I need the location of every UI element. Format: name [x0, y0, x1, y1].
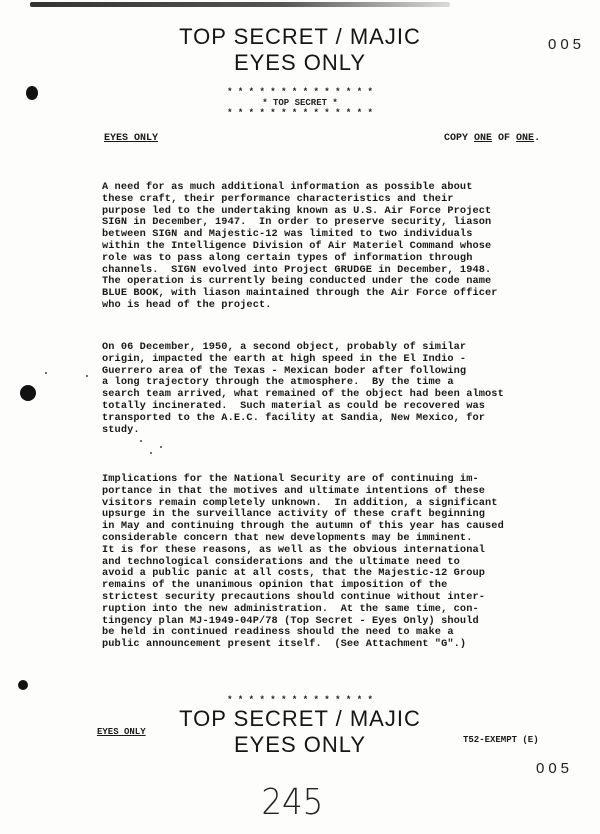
paragraph-3: Implications for the National Security a… — [102, 474, 572, 651]
copy-prefix: COPY — [444, 133, 474, 144]
classification-stamp-bottom: TOP SECRET / MAJIC EYES ONLY — [0, 706, 600, 758]
top-secret-box: * * * * * * * * * * * * * * * TOP SECRET… — [0, 88, 600, 118]
copy-one: ONE — [474, 133, 492, 144]
scan-smear — [30, 2, 450, 7]
scan-speck — [86, 375, 88, 377]
footer-stars: * * * * * * * * * * * * * * — [0, 696, 600, 705]
classification-line-2: EYES ONLY — [0, 50, 600, 76]
document-page: TOP SECRET / MAJIC EYES ONLY 005 * * * *… — [0, 0, 600, 834]
copy-total: ONE — [516, 133, 534, 144]
copy-suffix: . — [534, 133, 540, 144]
classification-stamp-top: TOP SECRET / MAJIC EYES ONLY — [0, 24, 600, 76]
page-number-bottom: 005 — [536, 760, 573, 777]
punch-hole-mark — [18, 680, 28, 690]
scan-speck — [140, 440, 142, 442]
punch-hole-mark — [20, 385, 36, 401]
classification-line-1: TOP SECRET / MAJIC — [0, 706, 600, 732]
scan-speck — [45, 372, 47, 374]
scan-speck — [160, 446, 162, 448]
copy-of: OF — [492, 133, 516, 144]
handwritten-number: 245 — [261, 782, 323, 823]
eyes-only-marking-bottom: EYES ONLY — [97, 727, 146, 737]
paragraph-2: On 06 December, 1950, a second object, p… — [102, 342, 572, 436]
exempt-code: T52-EXEMPT (E) — [463, 735, 539, 745]
copy-notice: COPY ONE OF ONE. — [444, 133, 540, 144]
scan-speck — [150, 452, 152, 454]
paragraph-1: A need for as much additional informatio… — [102, 182, 572, 312]
page-number-top: 005 — [548, 36, 585, 53]
box-stars-bottom: * * * * * * * * * * * * * * — [0, 109, 600, 118]
box-stars-top: * * * * * * * * * * * * * * — [0, 88, 600, 97]
punch-hole-mark — [26, 86, 38, 100]
eyes-only-marking: EYES ONLY — [104, 133, 158, 144]
classification-line-1: TOP SECRET / MAJIC — [0, 24, 600, 50]
